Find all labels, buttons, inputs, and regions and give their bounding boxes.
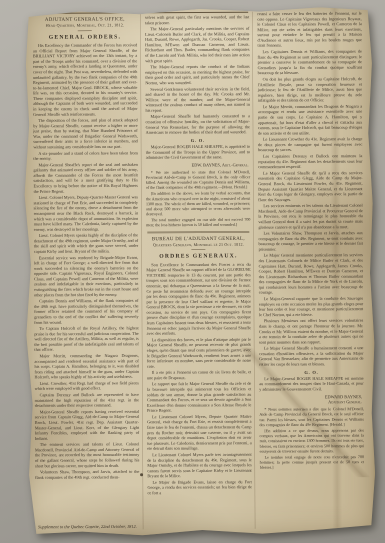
order-paragraph: Les Volontaires Shaw, Thompson et Jarvis… [258,231,362,253]
order-paragraph: Major Merritt, commanding the Niagara Dr… [34,353,138,380]
column-top-rule [146,12,248,14]
page-content: ADJUTANT GENERAL'S OFFICE,Head Quarters,… [20,3,377,539]
section-divider-rule [147,231,249,233]
order-paragraph: Le Lieutenant Colonel Myers, Depute Quar… [147,414,252,452]
order-paragraph: The Major-General reports the conduct of… [145,64,249,86]
order-paragraph: Captains Dennis and Williams, of the fla… [34,298,138,325]
ornament-rule [78,30,92,31]
masthead-office: ADJUTANT GENERAL'S OFFICE, [33,16,137,23]
column-middle: selves with great spirit, the first was … [140,12,255,530]
broadside-paper: ADJUTANT GENERAL'S OFFICE,Head Quarters,… [20,3,377,539]
footnote-paragraph: Le nombre total engage de notre cote n'e… [260,455,364,471]
order-paragraph: Le Major-General rapporte que la conduit… [259,296,363,318]
masthead-dateline: Head Quarters, Montreal, Oct. 21, 1812. [33,23,137,29]
order-paragraph: The eminent services and talents of Lieu… [35,442,139,469]
footnote-paragraph: * Nous sommes autorises a dire que le Co… [259,407,363,428]
paper-shadow: ADJUTANT GENERAL'S OFFICE,Head Quarters,… [0,0,385,543]
order-paragraph: Essential service was rendered by Brigad… [34,255,139,298]
order-paragraph: Le rapport que fait le Major General She… [147,381,252,413]
order-paragraph: His Excellency the Commander of the Forc… [33,43,138,118]
footnote-paragraph: The total number engaged on our side did… [146,217,250,228]
order-paragraph: Il a ete pris a l'ennemi un canon de six… [147,370,251,381]
signature: EDWARD BAYNES,Adjudant General. [259,394,362,405]
order-paragraph: Major-General Sheaffe reports having rec… [35,409,140,441]
order-paragraph-continued: reussi a faire cesser le feu des batteri… [257,11,362,49]
signature: EDW. BAYNES, Adjt.-General. [146,162,249,168]
order-paragraph: Le Lieutenant Crowther du 41e. Regiment … [258,137,362,153]
order-paragraph: A six-pounder and a stand of colors have… [33,151,137,162]
order-paragraph: Captains Derenzy and Bullock are represe… [35,392,139,408]
order-paragraph: Major-General ROGER HALE SHEAFFE, is app… [146,144,250,160]
order-paragraph-continued: selves with great spirit, the first was … [145,15,249,26]
order-paragraph: Several Gentlemen volunteered their serv… [145,86,249,113]
order-paragraph: Le Major General Sheaffe a humainement c… [259,346,363,368]
order-paragraph: The disposition of the forces, and plan … [33,118,138,150]
order-paragraph: Major-General Sheaffe's report of the ze… [33,162,138,194]
footnote-paragraph: * We are authorized to state that Colone… [146,170,250,191]
order-paragraph: Le Lieutenant Colonel Myers parle tres a… [147,452,251,479]
scan-background: ADJUTANT GENERAL'S OFFICE,Head Quarters,… [0,0,385,543]
order-paragraph: Major-General Sheaffe had humanely conse… [146,114,250,136]
order-paragraph: Les Capitaines Dennis et Williams, des c… [258,49,362,76]
gazette-imprint: Supplement to the Quebec Gazette, 22nd O… [35,519,139,530]
order-paragraph: Le Major-General ROGER HALE SHEAFFE est … [259,376,363,392]
order-paragraph: Lieut. Crowther, 41st Regt. had charge o… [35,381,139,392]
orders-title: ORDRES GENERAUX. [146,252,250,260]
general-order-mark: G. O. [146,138,250,144]
order-paragraph: Le Major General mentionne particulierem… [259,253,364,296]
order-paragraph: The Major-General particularly mentions … [145,26,250,64]
column-french: reussi a faire cesser le feu des batteri… [252,11,367,529]
ornament-rule [191,250,205,251]
general-order-mark: G. O. [259,369,363,375]
orders-title: GENERAL ORDERS. [33,33,137,41]
order-paragraph: To Captain Holcroft of the Royal Artille… [34,326,138,353]
order-paragraph: Plusieurs Messieurs ont offert leurs ser… [259,318,363,345]
order-paragraph: Les Capitaines Derenzy et Bullock ont ma… [258,154,362,170]
masthead-office: BUREAU DE L'ADJUDANT GENERAL, [146,236,250,243]
order-paragraph: Les services eminents et les talents du … [258,203,362,230]
footnote-paragraph: [In addition to the above, we learn by v… [146,191,250,217]
order-paragraph: Le Major de Brigade Evans, laisse en cha… [147,480,251,496]
order-paragraph: Le Major Merritt, commandant les Dragons… [258,104,363,136]
order-paragraph: Lieut. Colonel Myers speaks highly of th… [34,233,138,255]
footnote-paragraph: [En addition a ce que dessus, nous appre… [259,428,363,454]
order-paragraph: Son Excellence le Commandant des Forces … [146,262,251,337]
column-top-rule [34,12,136,14]
order-paragraph: On doit les plus grands eloges au Capita… [258,77,362,104]
order-paragraph: La disposition des forces, et le plan d'… [147,337,252,369]
order-paragraph: Lieut. Colonel Myers, Deputy-Quarter-Mas… [34,195,139,233]
order-paragraph: Volunteers Shaw, Thompson, and Jarvis, a… [35,469,139,480]
column-english: ADJUTANT GENERAL'S OFFICE,Head Quarters,… [33,12,143,530]
masthead-dateline: Quartiers Generaux, Montreal le 21 Oct. … [146,242,250,248]
order-paragraph: Le Major General Sheaffe dit qu'il a rec… [258,171,363,203]
